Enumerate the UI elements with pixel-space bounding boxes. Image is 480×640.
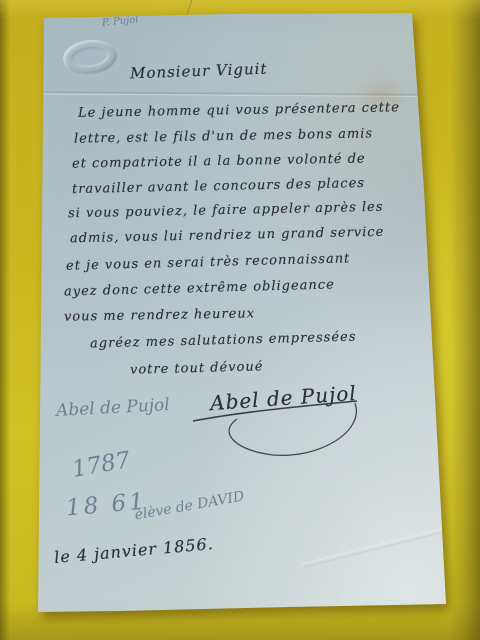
body-line: et je vous en serai très reconnaissant	[66, 251, 351, 273]
year-annotation-top: 1787	[70, 447, 132, 483]
body-line: admis, vous lui rendriez un grand servic…	[70, 225, 385, 247]
salutation: Monsieur Viguit	[130, 60, 268, 83]
body-line: vous me rendrez heureux	[64, 306, 255, 324]
date-line: le 4 janvier 1856.	[53, 534, 214, 567]
letter-paper: P. Pujol Monsieur Viguit Le jeune homme …	[0, 0, 480, 640]
embossed-stamp-inner-oval	[70, 45, 110, 69]
body-line: lettre, est le fils d'un de mes bons ami…	[74, 126, 373, 146]
paper-wrinkle	[302, 527, 449, 568]
body-line: et compatriote il a la bonne volonté de	[72, 151, 366, 171]
letter-photograph: P. Pujol Monsieur Viguit Le jeune homme …	[0, 0, 480, 640]
top-pencil-annotation: P. Pujol	[102, 14, 139, 28]
body-line: ayez donc cette extrême obligeance	[64, 277, 335, 299]
pencil-signature-annotation: Abel de Pujol	[56, 395, 171, 421]
paper-shadow-wrapper: P. Pujol Monsieur Viguit Le jeune homme …	[0, 0, 480, 640]
embossed-stamp	[61, 37, 118, 76]
body-line: travailler avant le concours des places	[72, 176, 365, 197]
body-line: agréez mes salutations empressées	[90, 330, 357, 352]
eleve-de-david-annotation: élève de DAVID	[133, 488, 245, 523]
closing-line: votre tout dévoué	[130, 359, 264, 377]
signature-flourish	[185, 393, 370, 471]
body-line: si vous pouviez, le faire appeler après …	[68, 200, 384, 222]
body-line: Le jeune homme qui vous présentera cette	[78, 100, 400, 121]
